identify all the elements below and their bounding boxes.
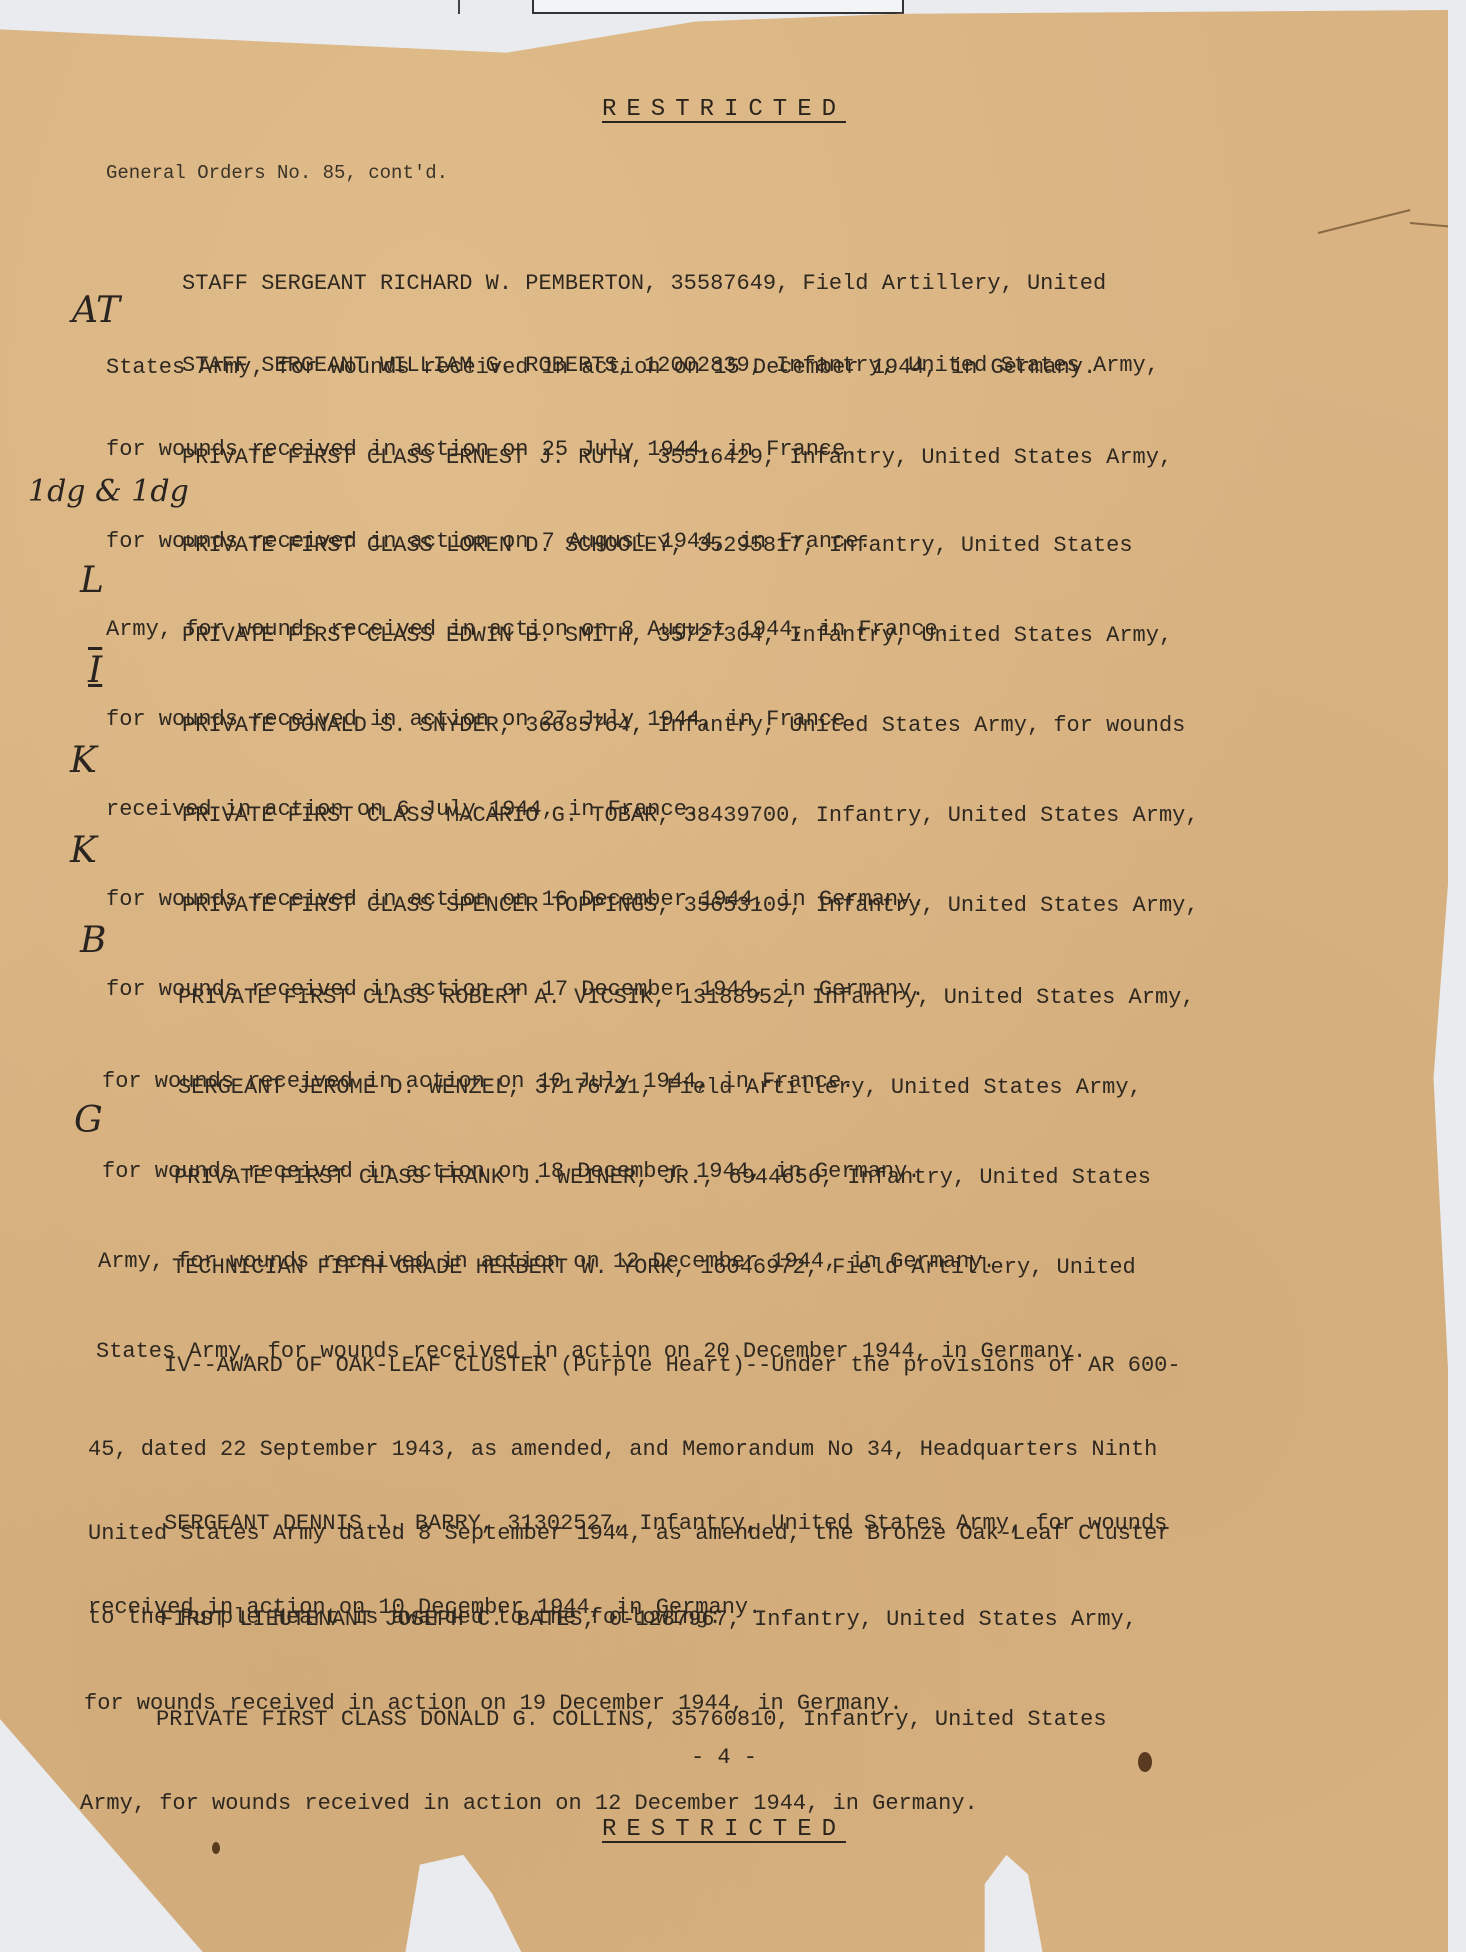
document-header: General Orders No. 85, cont'd. <box>106 162 448 184</box>
entry-line-2: Army, for wounds received in action on 1… <box>80 1790 1107 1818</box>
entry-line-1: STAFF SERGEANT WILLIAM G. ROBERTS, 12002… <box>106 352 1159 380</box>
section-iv-line-1: IV--AWARD OF OAK-LEAF CLUSTER (Purple He… <box>88 1352 1181 1380</box>
classification-bottom: RESTRICTED <box>0 1816 1448 1843</box>
paper-crease <box>1410 222 1458 228</box>
entry-line-1: SERGEANT DENNIS J. BARRY, 31302527, Infa… <box>88 1510 1167 1538</box>
entry-line-1: FIRST LIEUTENANT JOSEPH C. BATES, 0-1287… <box>84 1606 1137 1634</box>
edge-mark <box>458 0 460 14</box>
entry-line-1: PRIVATE FIRST CLASS SPENCER TOPPINGS, 35… <box>106 892 1199 920</box>
entry-line-1: PRIVATE FIRST CLASS ROBERT A. VICSIK, 13… <box>102 984 1195 1012</box>
entry-line-1: PRIVATE FIRST CLASS LOREN D. SCHOOLEY, 3… <box>106 532 1133 560</box>
entry-line-1: PRIVATE FIRST CLASS FRANK J. WEINER, JR.… <box>98 1164 1151 1192</box>
entry-line-1: PRIVATE FIRST CLASS ERNEST J. RUTH, 3551… <box>106 444 1172 472</box>
entry-line-1: PRIVATE DONALD S. SNYDER, 36685764, Infa… <box>106 712 1185 740</box>
handwritten-annotation: L <box>80 560 104 601</box>
entry-line-1: PRIVATE FIRST CLASS MACARIO G. TOBAR, 38… <box>106 802 1199 830</box>
entry-line-1: STAFF SERGEANT RICHARD W. PEMBERTON, 355… <box>106 270 1106 298</box>
handwritten-annotation: I <box>88 650 102 691</box>
entry-line-1: PRIVATE FIRST CLASS DONALD G. COLLINS, 3… <box>80 1706 1107 1734</box>
classification-top: RESTRICTED <box>0 96 1448 123</box>
handwritten-annotation: K <box>70 830 97 871</box>
entry-line-1: PRIVATE FIRST CLASS EDWIN B. SMITH, 3572… <box>106 622 1172 650</box>
entry-line-1: TECHNICIAN FIFTH GRADE HERBERT W. YORK, … <box>96 1254 1136 1282</box>
handwritten-annotation: K <box>70 740 97 781</box>
attached-label-box <box>532 0 904 14</box>
paper-crease <box>1318 209 1411 234</box>
entry-line-1: SERGEANT JEROME D. WENZEL, 37176721, Fie… <box>102 1074 1142 1102</box>
page-number: - 4 - <box>0 1745 1448 1770</box>
